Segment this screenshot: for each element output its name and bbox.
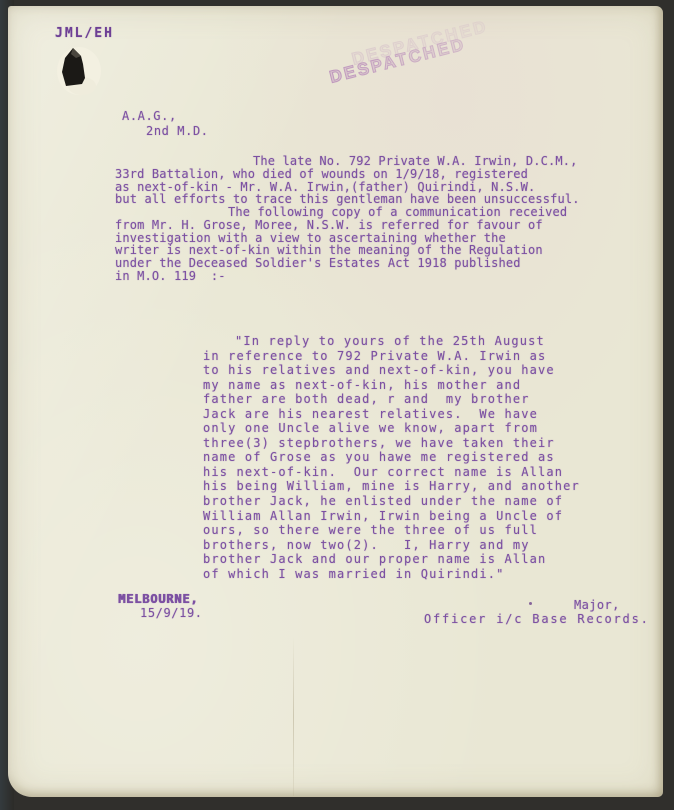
paper-crease bbox=[293, 636, 294, 796]
quoted-communication: "In reply to yours of the 25th Augustin … bbox=[203, 334, 580, 581]
footer-date: 15/9/19. bbox=[140, 606, 203, 620]
signature-rank: Major, bbox=[574, 598, 620, 612]
text-line: William Allan Irwin, Irwin being a Uncle… bbox=[203, 509, 580, 524]
addressee-line1: A.A.G., bbox=[122, 109, 209, 123]
punch-hole bbox=[52, 42, 108, 100]
text-line: my name as next-of-kin, his mother and bbox=[203, 378, 580, 393]
punch-hole-graphic bbox=[52, 42, 108, 100]
text-line: to his relatives and next-of-kin, you ha… bbox=[203, 363, 580, 378]
text-line: under the Deceased Soldier's Estates Act… bbox=[115, 257, 580, 270]
letter-body-paragraph: The late No. 792 Private W.A. Irwin, D.C… bbox=[115, 155, 580, 283]
text-line: only one Uncle alive we know, apart from bbox=[203, 421, 580, 436]
text-line: The following copy of a communication re… bbox=[115, 206, 580, 219]
text-line: father are both dead, r and my brother bbox=[203, 392, 580, 407]
letter-paper: JML/EH DESPATCHED DESPATCHED A.A.G., 2nd… bbox=[8, 6, 663, 797]
text-line: brothers, now two(2). I, Harry and my bbox=[203, 538, 580, 553]
addressee-block: A.A.G., 2nd M.D. bbox=[122, 109, 209, 138]
text-line: ours, so there were the three of us full bbox=[203, 523, 580, 538]
text-line: "In reply to yours of the 25th August bbox=[203, 334, 580, 349]
text-line: three(3) stepbrothers, we have taken the… bbox=[203, 436, 580, 451]
text-line: The late No. 792 Private W.A. Irwin, D.C… bbox=[115, 155, 580, 168]
text-line: name of Grose as you hawe me registered … bbox=[203, 450, 580, 465]
text-line: in M.O. 119 :- bbox=[115, 270, 580, 283]
footer-place: MELBOURNE, bbox=[118, 592, 198, 606]
signature-office: Officer i/c Base Records. bbox=[424, 612, 650, 626]
text-line: of which I was married in Quirindi." bbox=[203, 567, 580, 582]
text-line: from Mr. H. Grose, Moree, N.S.W. is refe… bbox=[115, 219, 580, 232]
text-line: brother Jack and our proper name is Alla… bbox=[203, 552, 580, 567]
text-line: in reference to 792 Private W.A. Irwin a… bbox=[203, 349, 580, 364]
addressee-line2: 2nd M.D. bbox=[122, 124, 209, 138]
text-line: his next-of-kin. Our correct name is All… bbox=[203, 465, 580, 480]
text-line: his being William, mine is Harry, and an… bbox=[203, 479, 580, 494]
text-line: brother Jack, he enlisted under the name… bbox=[203, 494, 580, 509]
text-line: 33rd Battalion, who died of wounds on 1/… bbox=[115, 168, 580, 181]
text-line: Jack are his nearest relatives. We have bbox=[203, 407, 580, 422]
ink-dot bbox=[529, 602, 532, 605]
scanned-letter-page: { "document": { "reference": "JML/EH", "… bbox=[0, 0, 674, 810]
despatched-stamp: DESPATCHED DESPATCHED bbox=[328, 35, 468, 88]
reference-initials: JML/EH bbox=[55, 26, 114, 41]
